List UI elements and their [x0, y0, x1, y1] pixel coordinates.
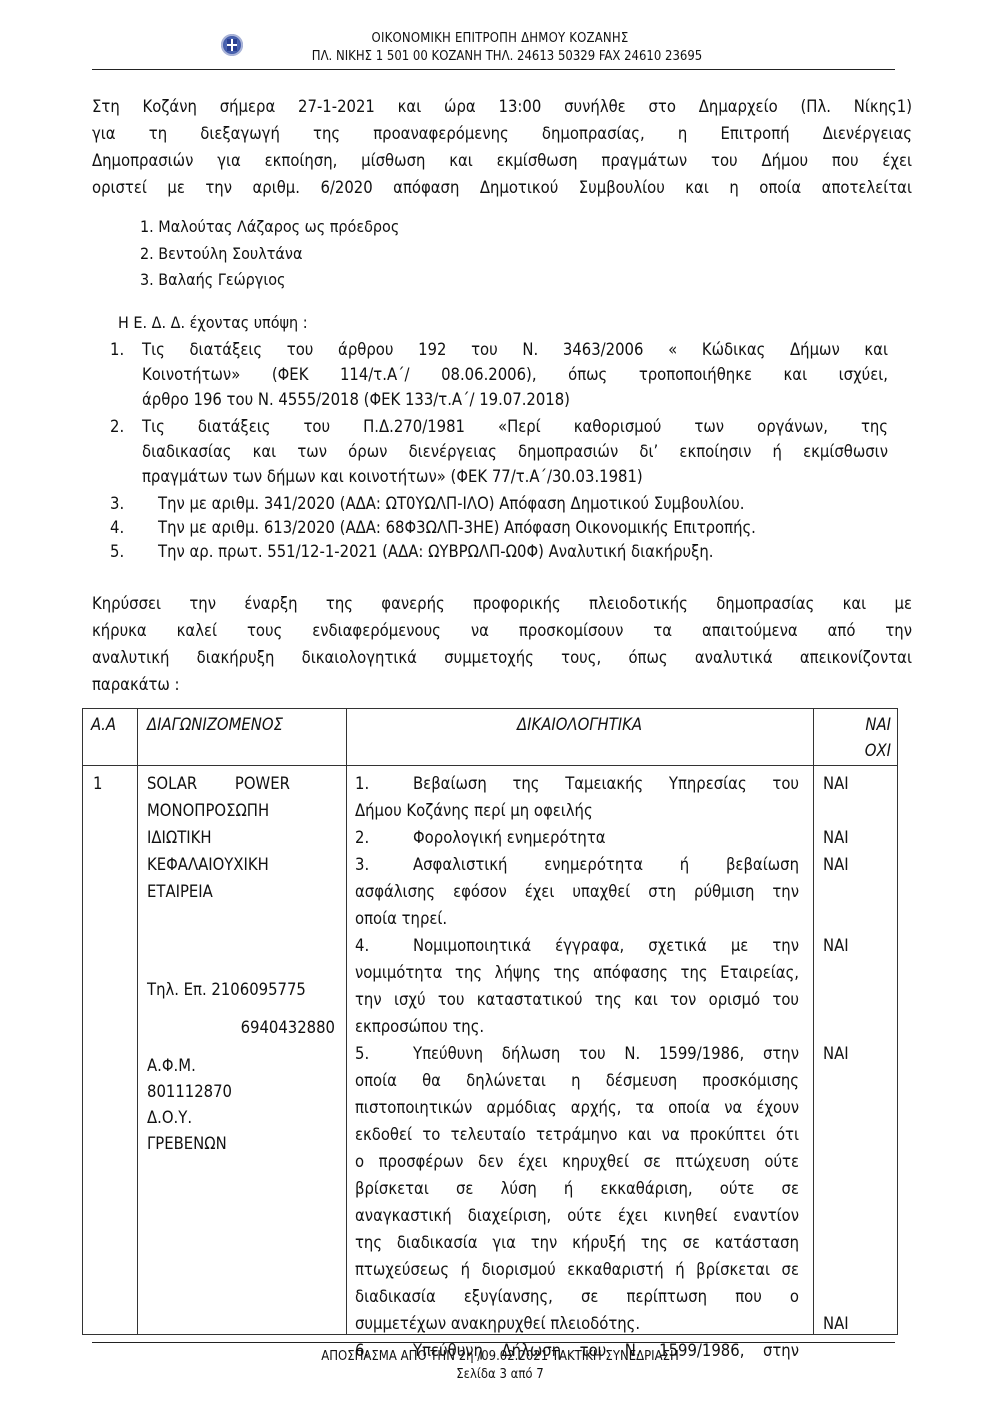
document-text: εκδοθεί το τελευταίο τετράμηνο και να πρ…: [355, 1121, 799, 1148]
consideration-item: 5. Την αρ. πρωτ. 551/12-1-2021 (ΑΔΑ: ΩΥΒ…: [110, 539, 888, 563]
documents-cell: 1.Βεβαίωση της Ταμειακής Υπηρεσίας του Δ…: [355, 770, 799, 1364]
bidder-name-line: ΚΕΦΑΛΑΙΟΥΧΙΚΗ: [147, 851, 337, 878]
document-text: Δήμου Κοζάνης περί μη οφειλής: [355, 797, 799, 824]
announcement-line: Κηρύσσει την έναρξη της φανερής προφορικ…: [92, 590, 912, 617]
document-text: ο προσφέρων δεν έχει κηρυχθεί σε πτώχευσ…: [355, 1148, 799, 1175]
document-item: 1.Βεβαίωση της Ταμειακής Υπηρεσίας του: [355, 770, 799, 797]
bidder-doy: ΓΡΕΒΕΝΩΝ: [147, 1130, 227, 1157]
document-text: συμμετέχων ανακηρυχθεί πλειοδότης.: [355, 1310, 799, 1337]
bidder-name-part: SOLAR POWER: [147, 770, 290, 797]
item-number: 2.: [110, 414, 124, 439]
document-text: οποία θα δηλώνεται η δέσμευση προσκόμιση…: [355, 1067, 799, 1094]
member-item: 1. Μαλούτας Λάζαρος ως πρόεδρος: [140, 214, 399, 241]
item-line: Την με αριθμ. 341/2020 (ΑΔΑ: ΩΤ0ΥΩΛΠ-ΙΛΟ…: [158, 491, 888, 516]
bidder-name-line: SOLAR POWER: [147, 770, 337, 797]
bidder-name-line: ΙΔΙΩΤΙΚΗ: [147, 824, 337, 851]
column-divider: [346, 709, 347, 1334]
document-text: Νομιμοποιητικά έγγραφα, σχετικά με την: [413, 936, 799, 955]
bidder-name-line: ΕΤΑΙΡΕΙΑ: [147, 878, 337, 905]
document-text: πιστοποιητικών αρμόδιας αρχής, τα οποία …: [355, 1094, 799, 1121]
document-number: 4.: [355, 932, 413, 959]
item-line: Κοινοτήτων» (ΦΕΚ 114/τ.Α΄/ 08.06.2006), …: [142, 362, 888, 387]
document-number: 5.: [355, 1040, 413, 1067]
page-footer: ΑΠΟΣΠΑΣΜΑ ΑΠΟ ΤΗΝ 2η /09.02.2021 ΤΑΚΤΙΚΗ…: [0, 1348, 1000, 1384]
consideration-item: 3. Την με αριθμ. 341/2020 (ΑΔΑ: ΩΤ0ΥΩΛΠ-…: [110, 491, 888, 515]
answer-doc-4: ΝΑΙ: [823, 932, 849, 959]
intro-line: Δημοπρασιών για εκποίηση, μίσθωση και εκ…: [92, 147, 912, 174]
document-text: Βεβαίωση της Ταμειακής Υπηρεσίας του: [413, 774, 799, 793]
letterhead-address: ΠΛ. ΝΙΚΗΣ 1 501 00 ΚΟΖΑΝΗ ΤΗΛ. 24613 503…: [0, 49, 1000, 64]
bidder-doy-label: Δ.Ο.Υ.: [147, 1104, 192, 1131]
column-divider: [813, 709, 814, 1334]
item-line: διαδικασίας και των όρων διενέργειας δημ…: [142, 439, 888, 464]
document-text: Ασφαλιστική ενημερότητα ή βεβαίωση: [413, 855, 799, 874]
intro-paragraph: Στη Κοζάνη σήμερα 27-1-2021 και ώρα 13:0…: [92, 93, 912, 201]
considerations-list: 1. Τις διατάξεις του άρθρου 192 του Ν. 3…: [110, 337, 888, 563]
announcement-paragraph: Κηρύσσει την έναρξη της φανερής προφορικ…: [92, 590, 912, 698]
document-number: 2.: [355, 824, 413, 851]
document-text: Φορολογική ενημερότητα: [413, 828, 606, 847]
item-line: άρθρο 196 του Ν. 4555/2018 (ΦΕΚ 133/τ.Α΄…: [142, 387, 888, 412]
footer-session: ΑΠΟΣΠΑΣΜΑ ΑΠΟ ΤΗΝ 2η /09.02.2021 ΤΑΚΤΙΚΗ…: [0, 1348, 1000, 1366]
item-number: 3.: [110, 491, 124, 516]
document-text: πτωχεύσεως ή διορισμού εκκαθαριστή ή βρί…: [355, 1256, 799, 1283]
item-number: 1.: [110, 337, 124, 362]
header-aa: Α.Α: [91, 711, 116, 738]
bidder-afm-label: Α.Φ.Μ.: [147, 1052, 196, 1079]
bidder-phone: Τηλ. Επ. 2106095775: [147, 976, 306, 1003]
document-text: διαδικασία εξυγίανσης, σε περίπτωση που …: [355, 1283, 799, 1310]
consideration-item: 2. Τις διατάξεις του Π.Δ.270/1981 «Περί …: [110, 414, 888, 491]
announcement-line: αναλυτική διακήρυξη δικαιολογητικά συμμε…: [92, 644, 912, 671]
item-line: Τις διατάξεις του άρθρου 192 του Ν. 3463…: [142, 337, 888, 362]
header-yes: ΝΑΙ: [813, 711, 891, 738]
item-line: Την με αριθμ. 613/2020 (ΑΔΑ: 68Φ3ΩΛΠ-3ΗΕ…: [158, 515, 888, 540]
answer-doc-5: ΝΑΙ: [823, 1040, 849, 1067]
row-number: 1: [93, 770, 102, 797]
document-number: 1.: [355, 770, 413, 797]
considering-label: Η Ε. Δ. Δ. έχοντας υπόψη :: [118, 313, 308, 332]
announcement-line: κήρυκα καλεί τους ενδιαφερόμενους να προ…: [92, 617, 912, 644]
document-text: βρίσκεται σε λύση ή εκκαθάριση, ούτε σε: [355, 1175, 799, 1202]
document-item: 5.Υπεύθυνη δήλωση του Ν. 1599/1986, στην: [355, 1040, 799, 1067]
document-text: αναγκαστική διαχείριση, ούτε έχει κινηθε…: [355, 1202, 799, 1229]
answer-doc-1: ΝΑΙ: [823, 770, 849, 797]
header-divider: [92, 69, 895, 70]
document-text: της διαδικασία για την κήρυξή της σε κατ…: [355, 1229, 799, 1256]
bidder-mobile: 6940432880: [147, 1014, 335, 1041]
document-text: νομιμότητα της λήψης της απόφασης της Ετ…: [355, 959, 799, 986]
header-row-divider: [83, 765, 897, 766]
bidder-name-line: ΜΟΝΟΠΡΟΣΩΠΗ: [147, 797, 337, 824]
announcement-line: παρακάτω :: [92, 671, 912, 698]
header-bidder: ΔΙΑΓΩΝΙΖΟΜΕΝΟΣ: [147, 711, 283, 738]
document-text: οποία τηρεί.: [355, 905, 799, 932]
item-line: πραγμάτων των δήμων και κοινοτήτων» (ΦΕΚ…: [142, 464, 888, 489]
document-item: 4.Νομιμοποιητικά έγγραφα, σχετικά με την: [355, 932, 799, 959]
intro-line: Στη Κοζάνη σήμερα 27-1-2021 και ώρα 13:0…: [92, 93, 912, 120]
consideration-item: 4. Την με αριθμ. 613/2020 (ΑΔΑ: 68Φ3ΩΛΠ-…: [110, 515, 888, 539]
intro-line: οριστεί με την αριθμ. 6/2020 απόφαση Δημ…: [92, 174, 912, 201]
document-number: 3.: [355, 851, 413, 878]
footer-divider: [92, 1342, 895, 1343]
document-text: ασφάλισης εφόσον έχει υπαχθεί στη ρύθμισ…: [355, 878, 799, 905]
header-no: ΟΧΙ: [813, 737, 891, 764]
committee-members-list: 1. Μαλούτας Λάζαρος ως πρόεδρος 2. Βεντο…: [140, 214, 399, 294]
column-divider: [137, 709, 138, 1334]
item-number: 4.: [110, 515, 124, 540]
participants-documents-table: Α.Α ΔΙΑΓΩΝΙΖΟΜΕΝΟΣ ΔΙΚΑΙΟΛΟΓΗΤΙΚΑ ΝΑΙ ΟΧ…: [82, 708, 898, 1335]
document-text: εκπροσώπου της.: [355, 1013, 799, 1040]
letterhead-title: ΟΙΚΟΝΟΜΙΚΗ ΕΠΙΤΡΟΠΗ ΔΗΜΟΥ ΚΟΖΑΝΗΣ: [0, 31, 1000, 46]
document-item: 2.Φορολογική ενημερότητα: [355, 824, 799, 851]
answer-doc-2: ΝΑΙ: [823, 824, 849, 851]
document-item: 3.Ασφαλιστική ενημερότητα ή βεβαίωση: [355, 851, 799, 878]
bidder-cell: SOLAR POWER ΜΟΝΟΠΡΟΣΩΠΗ ΙΔΙΩΤΙΚΗ ΚΕΦΑΛΑΙ…: [147, 770, 337, 905]
intro-line: για τη διεξαγωγή της προαναφερόμενης δημ…: [92, 120, 912, 147]
item-line: Τις διατάξεις του Π.Δ.270/1981 «Περί καθ…: [142, 414, 888, 439]
member-item: 2. Βεντούλη Σουλτάνα: [140, 241, 399, 268]
answer-doc-3: ΝΑΙ: [823, 851, 849, 878]
bidder-afm: 801112870: [147, 1078, 232, 1105]
page-number: Σελίδα 3 από 7: [0, 1366, 1000, 1384]
member-item: 3. Βαλαής Γεώργιος: [140, 267, 399, 294]
header-documents: ΔΙΚΑΙΟΛΟΓΗΤΙΚΑ: [346, 711, 813, 738]
item-number: 5.: [110, 539, 124, 564]
answer-doc-6: ΝΑΙ: [823, 1310, 849, 1337]
item-line: Την αρ. πρωτ. 551/12-1-2021 (ΑΔΑ: ΩΥΒΡΩΛ…: [158, 539, 888, 564]
document-text: την ισχύ του καταστατικού της και τον ορ…: [355, 986, 799, 1013]
document-text: Υπεύθυνη δήλωση του Ν. 1599/1986, στην: [413, 1044, 799, 1063]
consideration-item: 1. Τις διατάξεις του άρθρου 192 του Ν. 3…: [110, 337, 888, 412]
